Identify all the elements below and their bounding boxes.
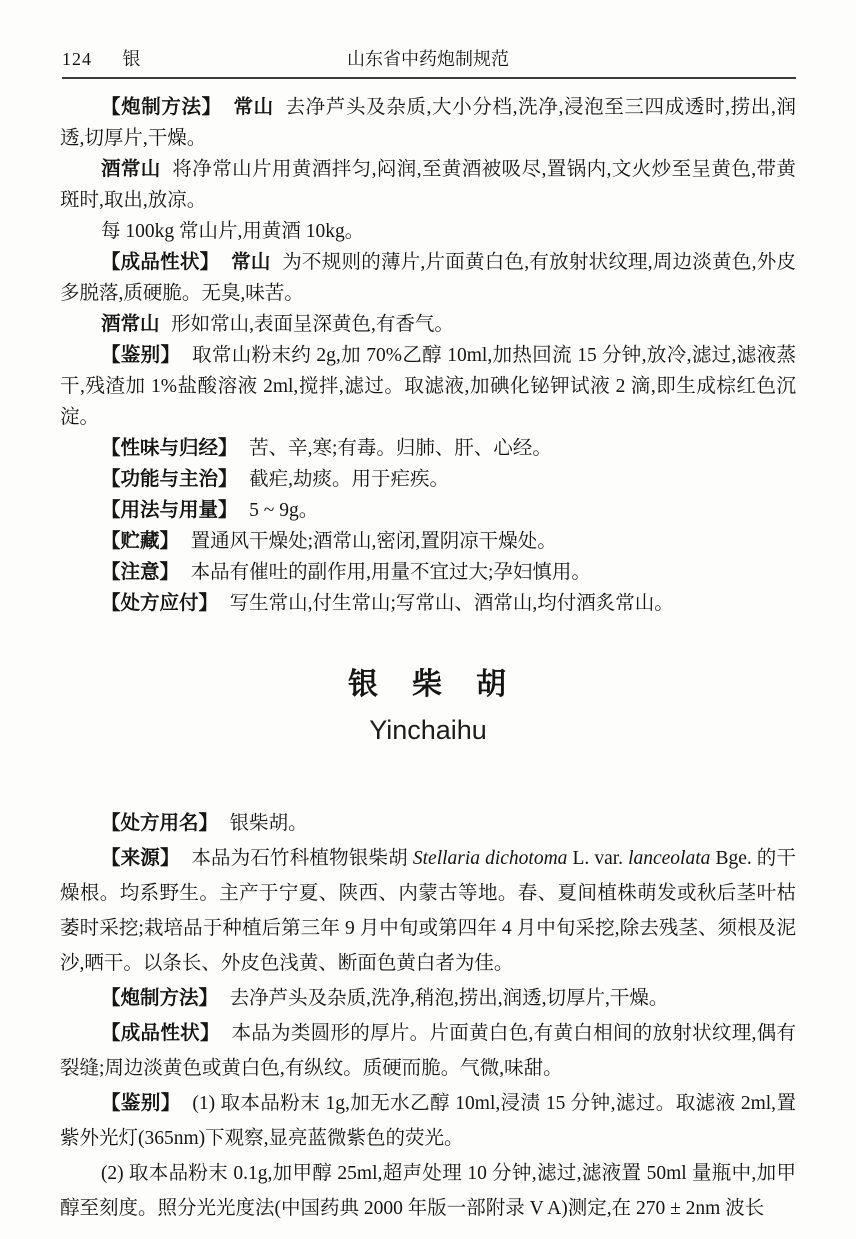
- article-title-pinyin: Yinchaihu: [60, 715, 796, 746]
- text-run: 置通风干燥处;酒常山,密闭,置阴凉干燥处。: [191, 531, 557, 552]
- entry-label: 【来源】: [101, 847, 180, 869]
- entry-term: 酒常山: [101, 158, 161, 180]
- entry-label: 【注意】: [101, 561, 179, 583]
- text-run: 本品为石竹科植物银柴胡: [191, 848, 413, 869]
- header-rule: [62, 77, 796, 79]
- text-run: 苦、辛,寒;有毒。归肺、肝、心经。: [249, 438, 552, 459]
- entry-label: 【炮制方法】: [101, 987, 218, 1009]
- entry-label: 【成品性状】: [101, 1022, 220, 1044]
- section-changshan-monograph: 【炮制方法】常山去净芦头及杂质,大小分档,洗净,浸泡至三四成透时,捞出,润透,切…: [60, 92, 796, 619]
- entry-term: 常山: [234, 96, 274, 118]
- book-page: 124 银 山东省中药炮制规范 【炮制方法】常山去净芦头及杂质,大小分档,洗净,…: [0, 0, 856, 1239]
- section-yinchaihu-monograph: 【处方用名】银柴胡。【来源】本品为石竹科植物银柴胡 Stellaria dich…: [60, 806, 796, 1226]
- text-run: 截疟,劫痰。用于疟疾。: [249, 469, 449, 490]
- article-title-block: 银 柴 胡 Yinchaihu: [60, 659, 796, 746]
- paragraph: 【性味与归经】苦、辛,寒;有毒。归肺、肝、心经。: [60, 433, 796, 464]
- entry-label: 【处方应付】: [101, 592, 218, 614]
- paragraph: 【成品性状】本品为类圆形的厚片。片面黄白色,有黄白相间的放射状纹理,偶有裂缝;周…: [60, 1016, 796, 1086]
- paragraph: 【成品性状】常山为不规则的薄片,片面黄白色,有放射状纹理,周边淡黄色,外皮多脱落…: [60, 247, 796, 309]
- text-run: 每 100kg 常山片,用黄酒 10kg。: [101, 221, 364, 242]
- paragraph: (2) 取本品粉末 0.1g,加甲醇 25ml,超声处理 10 分钟,滤过,滤液…: [60, 1156, 796, 1226]
- paragraph: 【来源】本品为石竹科植物银柴胡 Stellaria dichotoma L. v…: [60, 841, 796, 981]
- entry-term: 常山: [231, 251, 270, 273]
- page-body: 【炮制方法】常山去净芦头及杂质,大小分档,洗净,浸泡至三四成透时,捞出,润透,切…: [60, 92, 796, 1226]
- text-run: L. var.: [567, 848, 628, 869]
- paragraph: 【注意】本品有催吐的副作用,用量不宜过大;孕妇慎用。: [60, 557, 796, 588]
- paragraph: 【鉴别】(1) 取本品粉末 1g,加无水乙醇 10ml,浸渍 15 分钟,滤过。…: [60, 1086, 796, 1156]
- entry-label: 【鉴别】: [101, 344, 180, 366]
- text-run: 5 ~ 9g。: [249, 500, 318, 521]
- paragraph: 每 100kg 常山片,用黄酒 10kg。: [60, 216, 796, 247]
- paragraph: 【处方用名】银柴胡。: [60, 806, 796, 841]
- text-run: 形如常山,表面呈深黄色,有香气。: [171, 314, 454, 335]
- paragraph: 【炮制方法】去净芦头及杂质,洗净,稍泡,捞出,润透,切厚片,干燥。: [60, 981, 796, 1016]
- section-label: 银: [123, 49, 141, 69]
- text-run: 本品有催吐的副作用,用量不宜过大;孕妇慎用。: [191, 562, 591, 583]
- page-number: 124: [62, 49, 92, 69]
- entry-label: 【用法与用量】: [101, 499, 238, 521]
- paragraph: 酒常山形如常山,表面呈深黄色,有香气。: [60, 309, 796, 340]
- latin-name: lanceolata: [628, 848, 710, 869]
- paragraph: 【处方应付】写生常山,付生常山;写常山、酒常山,均付酒炙常山。: [60, 588, 796, 619]
- entry-label: 【鉴别】: [101, 1092, 181, 1114]
- entry-term: 酒常山: [101, 313, 160, 335]
- entry-label: 【贮藏】: [101, 530, 179, 552]
- entry-label: 【性味与归经】: [101, 437, 238, 459]
- text-run: 写生常山,付生常山;写常山、酒常山,均付酒炙常山。: [230, 593, 674, 614]
- paragraph: 【炮制方法】常山去净芦头及杂质,大小分档,洗净,浸泡至三四成透时,捞出,润透,切…: [60, 92, 796, 154]
- paragraph: 【贮藏】置通风干燥处;酒常山,密闭,置阴凉干燥处。: [60, 526, 796, 557]
- entry-label: 【处方用名】: [101, 812, 218, 834]
- text-run: (2) 取本品粉末 0.1g,加甲醇 25ml,超声处理 10 分钟,滤过,滤液…: [60, 1163, 796, 1219]
- entry-label: 【功能与主治】: [101, 468, 238, 490]
- paragraph: 【功能与主治】截疟,劫痰。用于疟疾。: [60, 464, 796, 495]
- text-run: 将净常山片用黄酒拌匀,闷润,至黄酒被吸尽,置锅内,文火炒至呈黄色,带黄斑时,取出…: [60, 159, 796, 211]
- entry-label: 【炮制方法】: [101, 96, 222, 118]
- paragraph: 【用法与用量】5 ~ 9g。: [60, 495, 796, 526]
- running-header: 124 银 山东省中药炮制规范: [62, 46, 794, 72]
- book-title: 山东省中药炮制规范: [347, 46, 509, 72]
- latin-name: Stellaria dichotoma: [413, 848, 568, 869]
- article-title-chinese: 银 柴 胡: [60, 659, 796, 703]
- paragraph: 【鉴别】取常山粉末约 2g,加 70%乙醇 10ml,加热回流 15 分钟,放冷…: [60, 340, 796, 433]
- text-run: 去净芦头及杂质,洗净,稍泡,捞出,润透,切厚片,干燥。: [230, 988, 669, 1009]
- entry-label: 【成品性状】: [101, 251, 219, 273]
- text-run: 银柴胡。: [230, 813, 308, 834]
- paragraph: 酒常山将净常山片用黄酒拌匀,闷润,至黄酒被吸尽,置锅内,文火炒至呈黄色,带黄斑时…: [60, 154, 796, 216]
